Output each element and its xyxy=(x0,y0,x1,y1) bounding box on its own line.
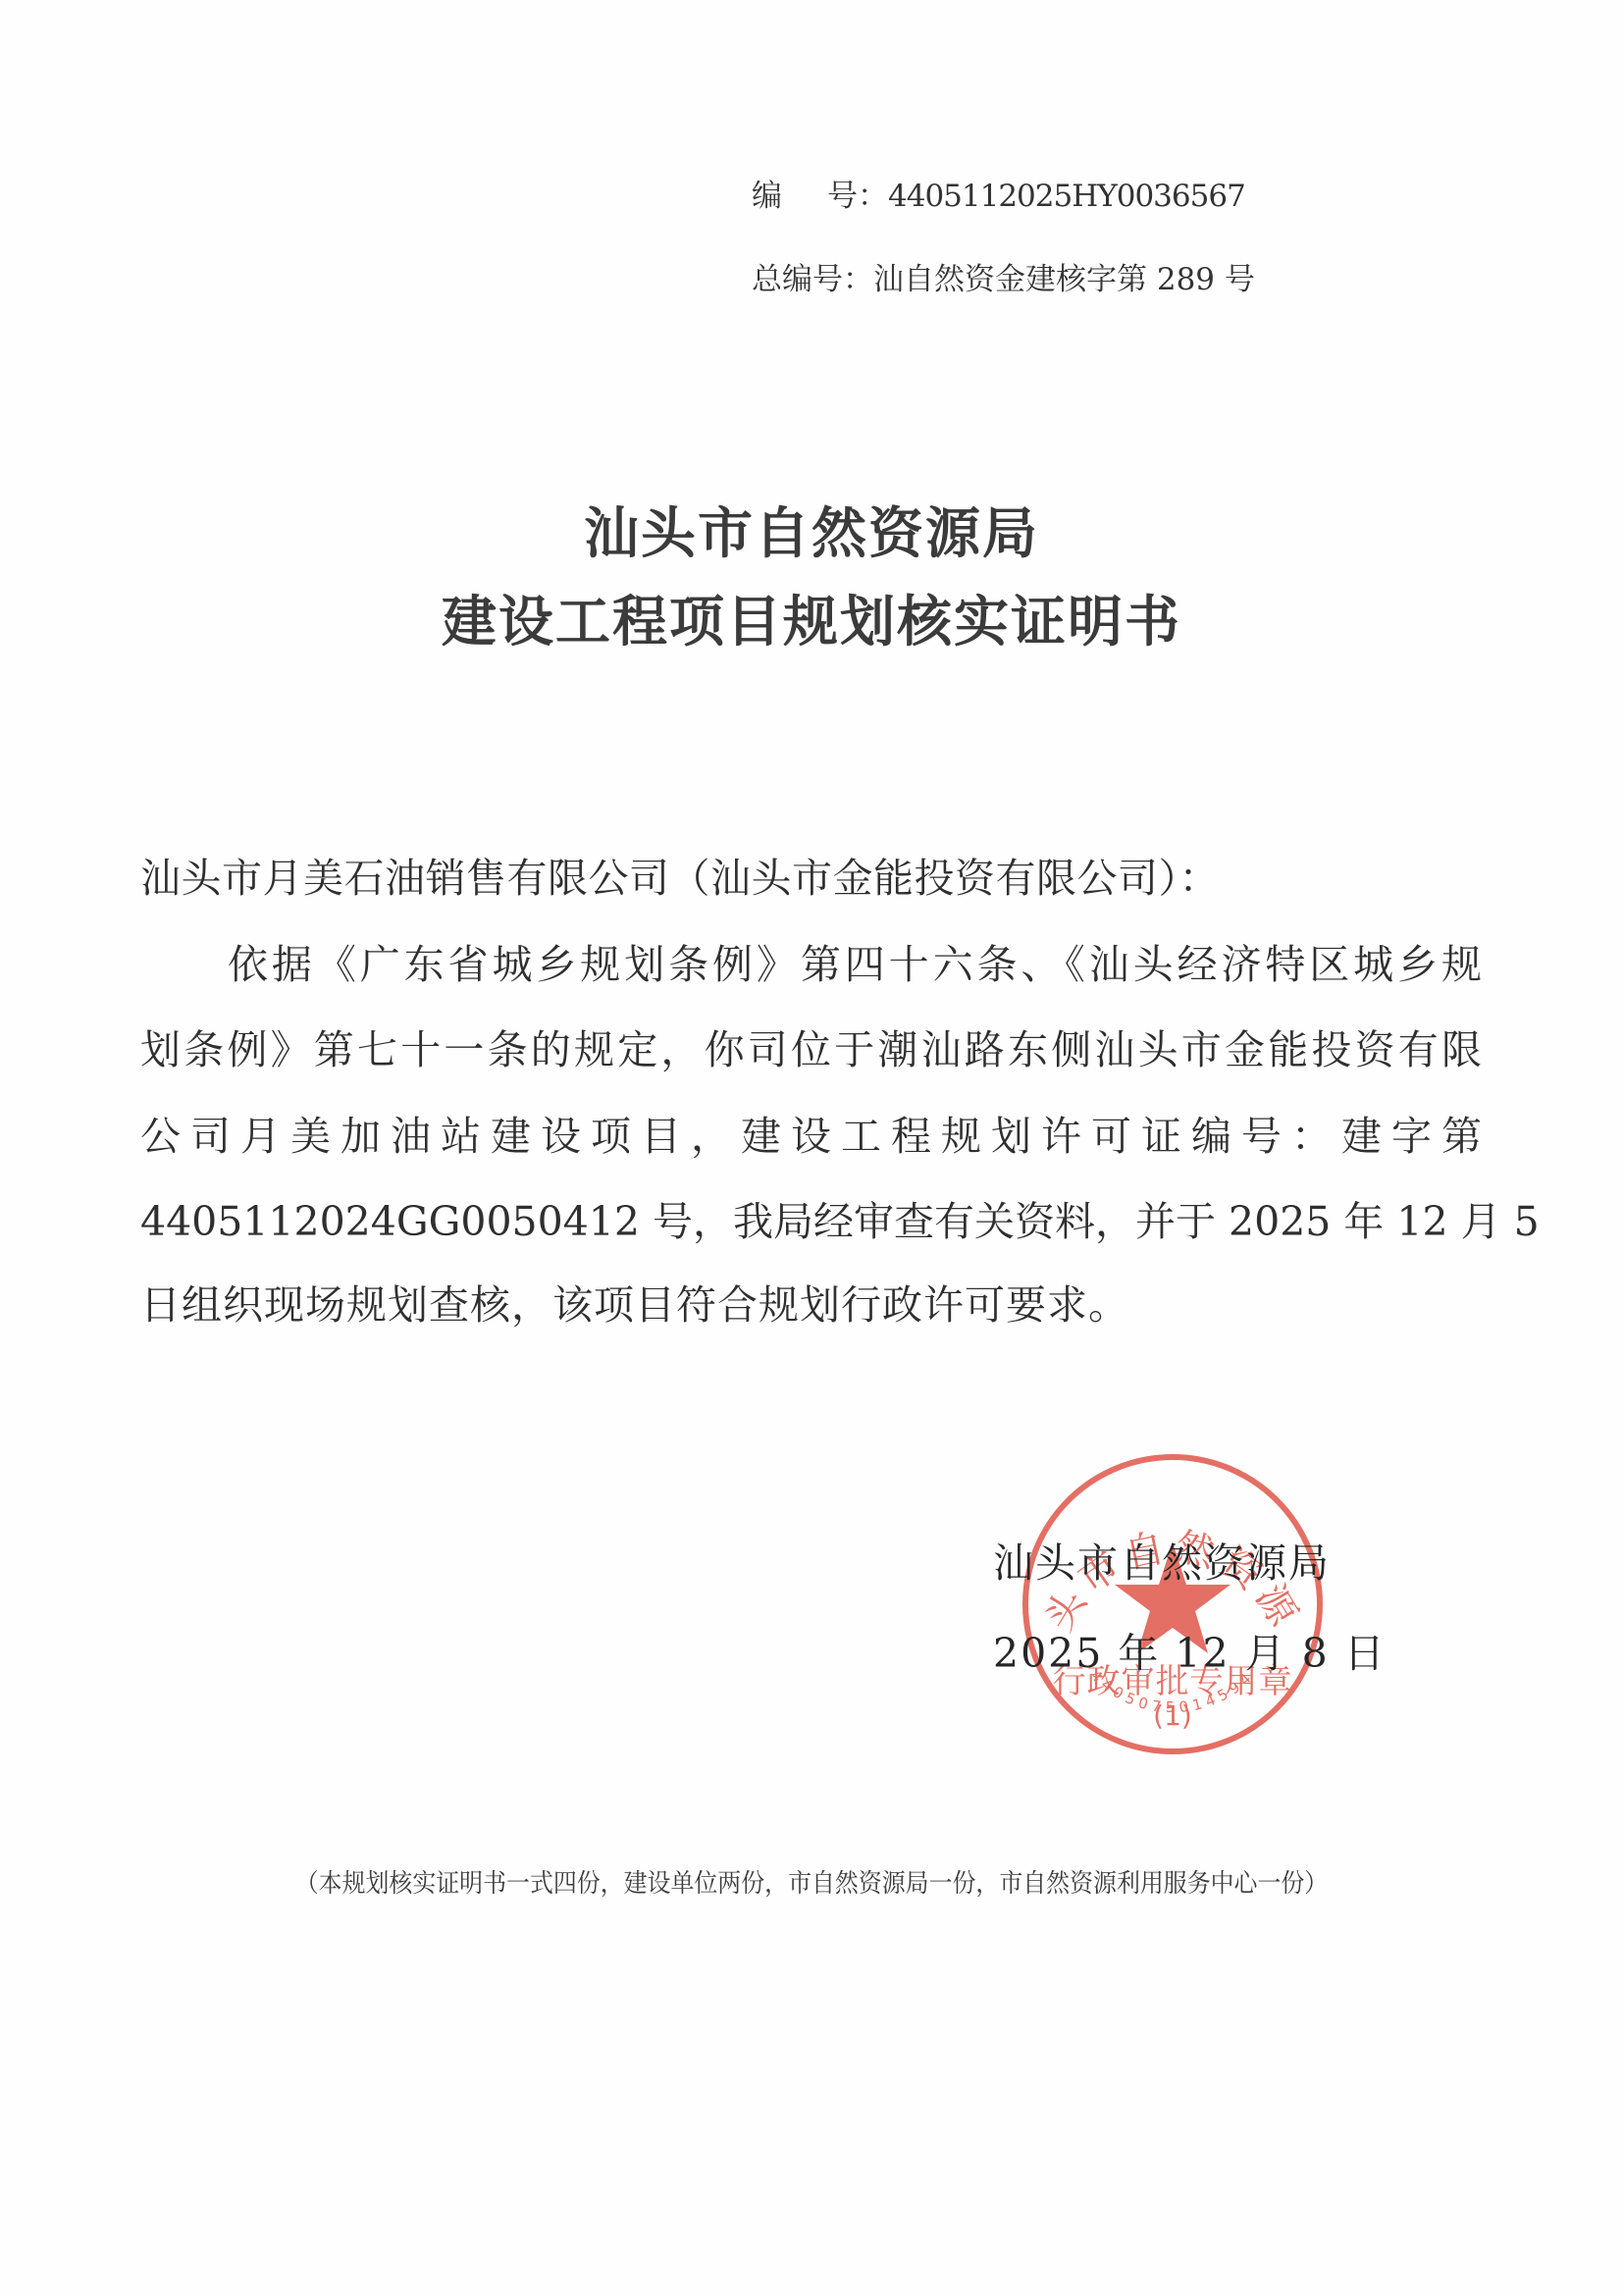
signature-issuer: 汕头市自然资源局 xyxy=(993,1536,1331,1591)
general-number-row: 总编号：汕自然资金建核字第 289 号 xyxy=(752,260,1255,299)
body-line-5: 日组织现场规划查核，该项目符合规划行政许可要求。 xyxy=(140,1276,1482,1334)
document-page: 编号：4405112025HY0036567 总编号：汕自然资金建核字第 289… xyxy=(0,0,1623,2296)
body-line-3: 公司月美加油站建设项目，建设工程规划许可证编号：建字第 xyxy=(140,1107,1482,1166)
official-seal-stamp: 汕头市自然资源局 行政审批专用章 (1) 4405075014594 xyxy=(1021,1452,1325,1756)
body-line-1: 依据《广东省城乡规划条例》第四十六条、《汕头经济特区城乡规 xyxy=(228,935,1482,994)
document-number-label-char-2: 号： xyxy=(827,177,888,216)
document-number-row: 编号：4405112025HY0036567 xyxy=(752,177,1245,216)
document-number-value: 4405112025HY0036567 xyxy=(888,179,1245,214)
general-number-label: 总编号： xyxy=(752,262,873,297)
title-issuer: 汕头市自然资源局 xyxy=(0,500,1623,569)
body-line-4: 4405112024GG0050412 号，我局经审查有关资料，并于 2025 … xyxy=(140,1192,1482,1251)
general-number-value: 汕自然资金建核字第 289 号 xyxy=(873,262,1255,297)
signature-date: 2025 年 12 月 8 日 xyxy=(993,1626,1387,1681)
title-document-type: 建设工程项目规划核实证明书 xyxy=(0,589,1623,657)
addressee: 汕头市月美石油销售有限公司（汕头市金能投资有限公司）： xyxy=(140,849,1482,908)
distribution-footnote: （本规划核实证明书一式四份，建设单位两份，市自然资源局一份，市自然资源利用服务中… xyxy=(65,1864,1558,1904)
body-line-2: 划条例》第七十一条的规定，你司位于潮汕路东侧汕头市金能投资有限 xyxy=(140,1020,1482,1079)
document-number-label-char-1: 编 xyxy=(752,177,782,216)
